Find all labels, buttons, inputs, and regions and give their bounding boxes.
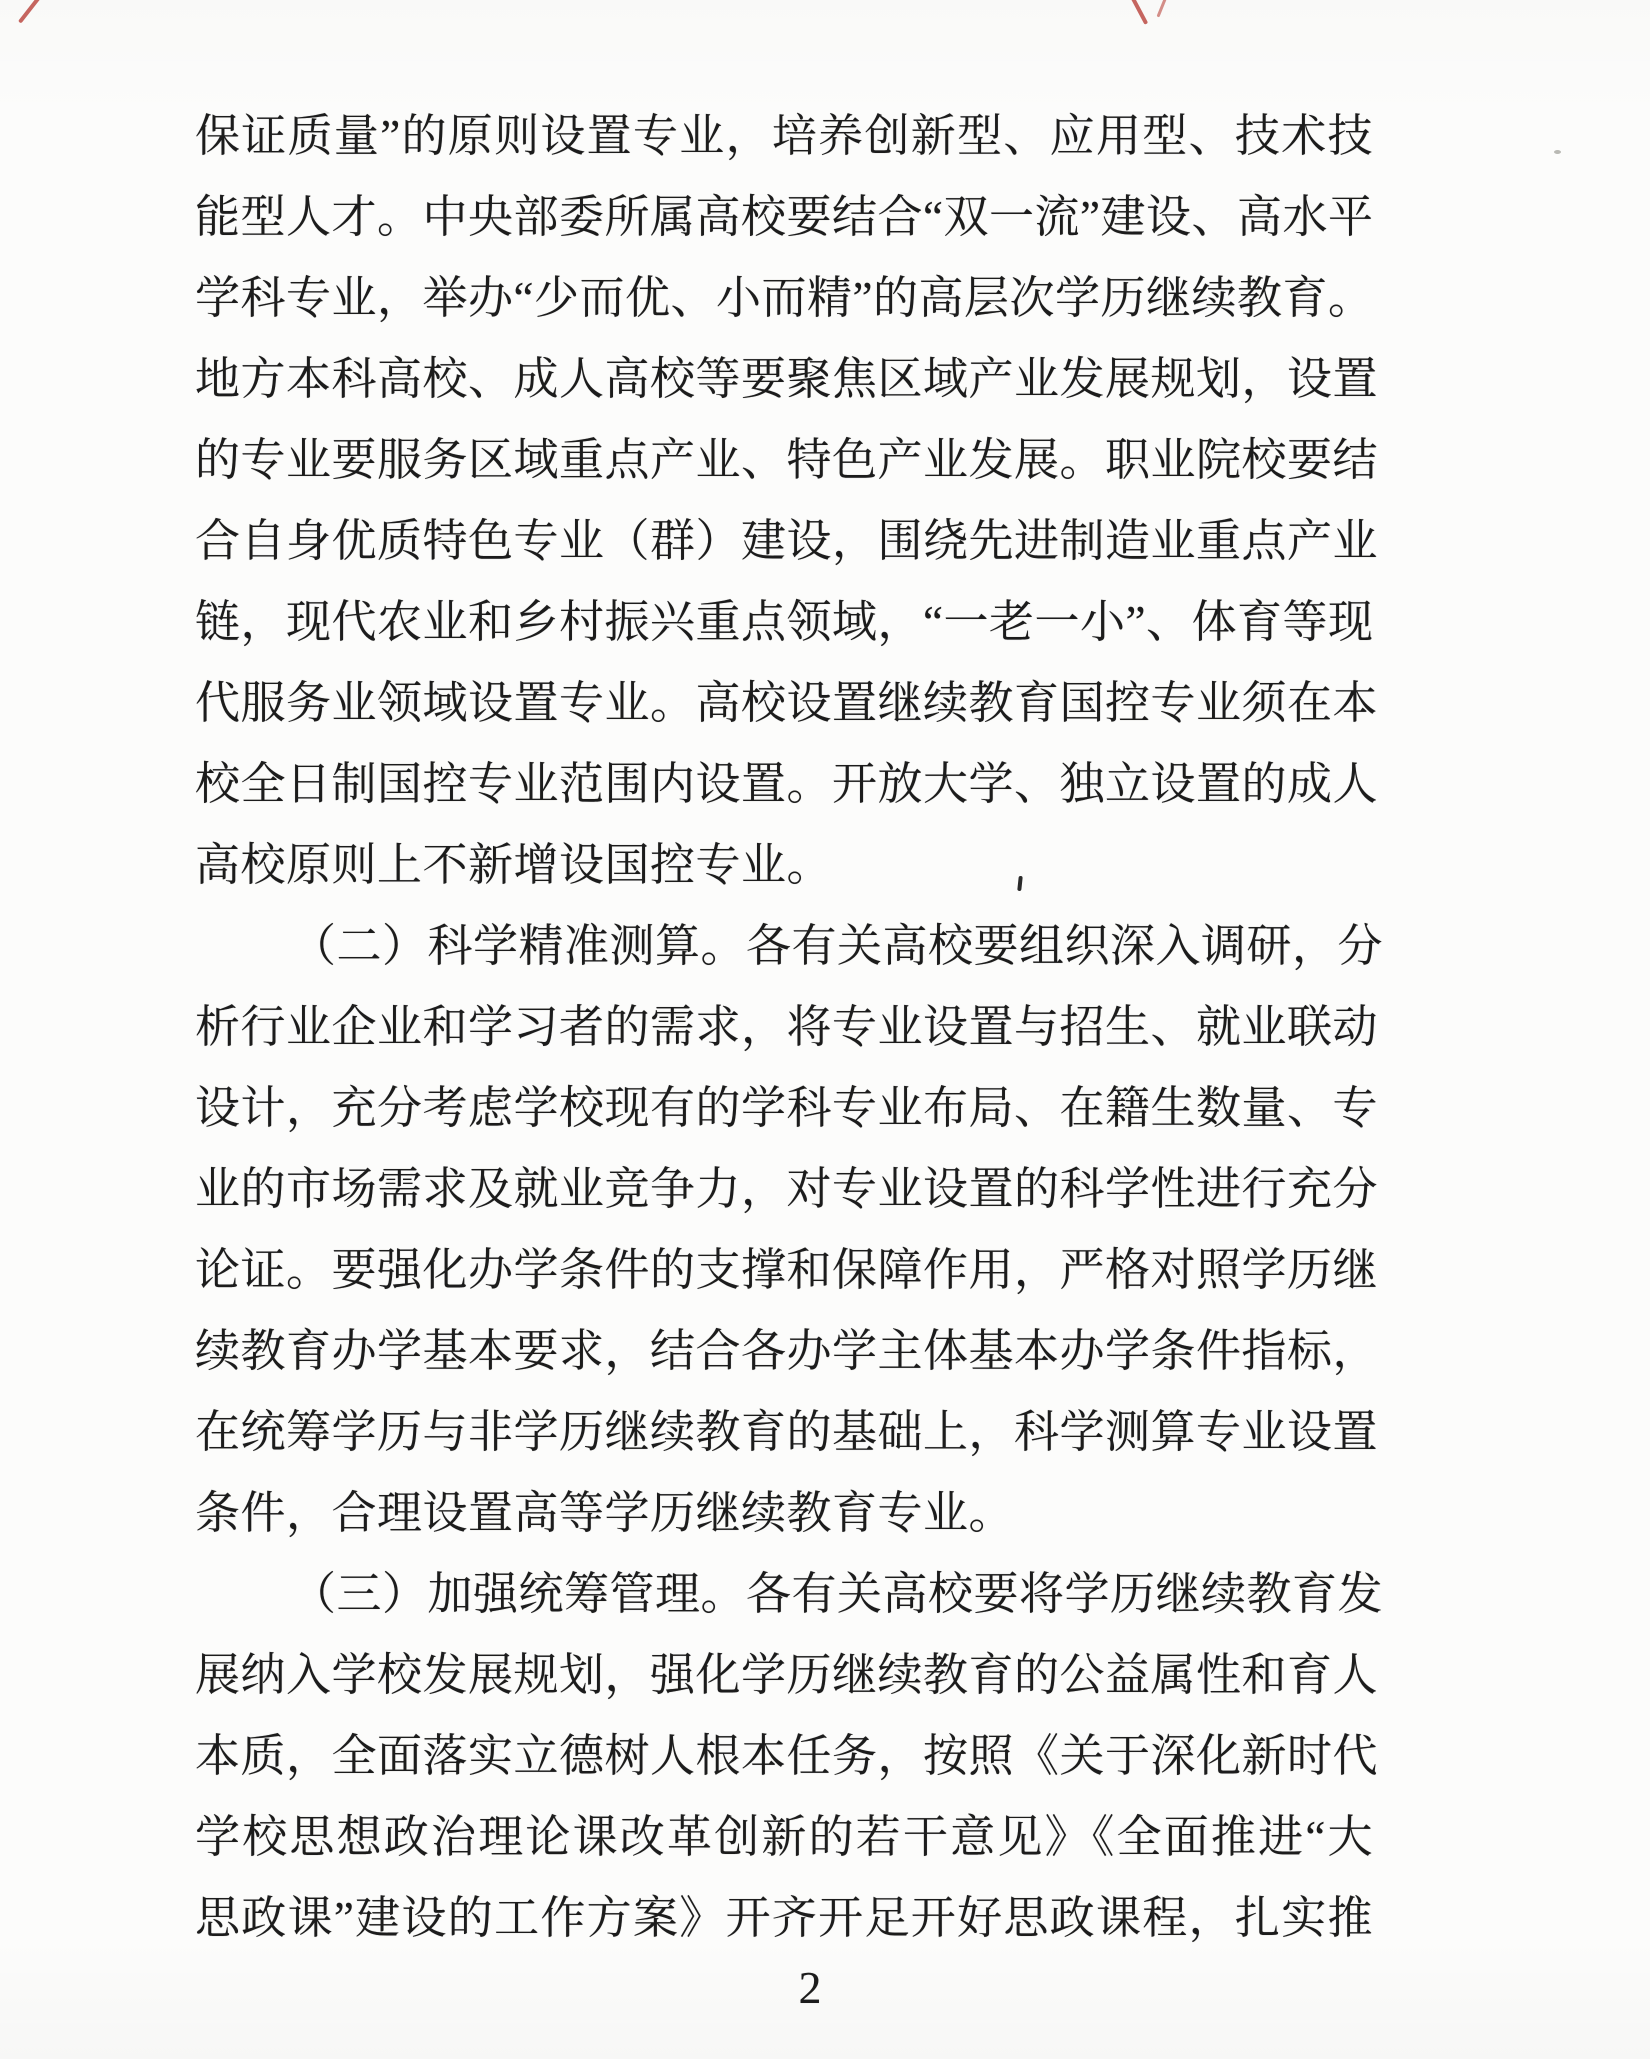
red-pen-scan-mark-right bbox=[1128, 0, 1148, 25]
text-line-section-3-heading: （三）加强统筹管理。各有关高校要将学历继续教育发 bbox=[195, 1554, 1373, 1635]
scan-speck-artifact bbox=[1554, 150, 1561, 154]
text-line: 链，现代农业和乡村振兴重点领域，“一老一小”、体育等现 bbox=[195, 582, 1373, 663]
text-line: 续教育办学基本要求，结合各办学主体基本办学条件指标， bbox=[195, 1311, 1373, 1392]
text-line: 地方本科高校、成人高校等要聚焦区域产业发展规划，设置 bbox=[195, 339, 1373, 420]
red-pen-scan-mark-right-2 bbox=[1156, 0, 1170, 17]
text-line: 能型人才。中央部委所属高校要结合“双一流”建设、高水平 bbox=[195, 177, 1373, 258]
text-line: 设计，充分考虑学校现有的学科专业布局、在籍生数量、专 bbox=[195, 1068, 1373, 1149]
document-page: 保证质量”的原则设置专业，培养创新型、应用型、技术技 能型人才。中央部委所属高校… bbox=[0, 0, 1650, 2059]
text-line: 展纳入学校发展规划，强化学历继续教育的公益属性和育人 bbox=[195, 1635, 1373, 1716]
red-pen-scan-mark-left bbox=[18, 0, 42, 24]
text-line: 业的市场需求及就业竞争力，对专业设置的科学性进行充分 bbox=[195, 1149, 1373, 1230]
text-line: 学科专业，举办“少而优、小而精”的高层次学历继续教育。 bbox=[195, 258, 1373, 339]
text-line: 思政课”建设的工作方案》开齐开足开好思政课程，扎实推 bbox=[195, 1878, 1373, 1959]
text-line: 的专业要服务区域重点产业、特色产业发展。职业院校要结 bbox=[195, 420, 1373, 501]
text-line: 学校思想政治理论课改革创新的若干意见》《全面推进“大 bbox=[195, 1797, 1373, 1878]
text-line: 代服务业领域设置专业。高校设置继续教育国控专业须在本 bbox=[195, 663, 1373, 744]
text-line: 论证。要强化办学条件的支撑和保障作用，严格对照学历继 bbox=[195, 1230, 1373, 1311]
text-line: 合自身优质特色专业（群）建设，围绕先进制造业重点产业 bbox=[195, 501, 1373, 582]
page-number: 2 bbox=[0, 1958, 1620, 2018]
text-line: 在统筹学历与非学历继续教育的基础上，科学测算专业设置 bbox=[195, 1392, 1373, 1473]
document-body: 保证质量”的原则设置专业，培养创新型、应用型、技术技 能型人才。中央部委所属高校… bbox=[195, 96, 1373, 1959]
text-line: 本质，全面落实立德树人根本任务，按照《关于深化新时代 bbox=[195, 1716, 1373, 1797]
text-line-paragraph-end: 条件，合理设置高等学历继续教育专业。 bbox=[195, 1473, 1373, 1554]
text-line: 保证质量”的原则设置专业，培养创新型、应用型、技术技 bbox=[195, 96, 1373, 177]
text-line-paragraph-end: 高校原则上不新增设国控专业。 bbox=[195, 825, 1373, 906]
text-line: 校全日制国控专业范围内设置。开放大学、独立设置的成人 bbox=[195, 744, 1373, 825]
text-line: 析行业企业和学习者的需求，将专业设置与招生、就业联动 bbox=[195, 987, 1373, 1068]
text-line-section-2-heading: （二）科学精准测算。各有关高校要组织深入调研，分 bbox=[195, 906, 1373, 987]
